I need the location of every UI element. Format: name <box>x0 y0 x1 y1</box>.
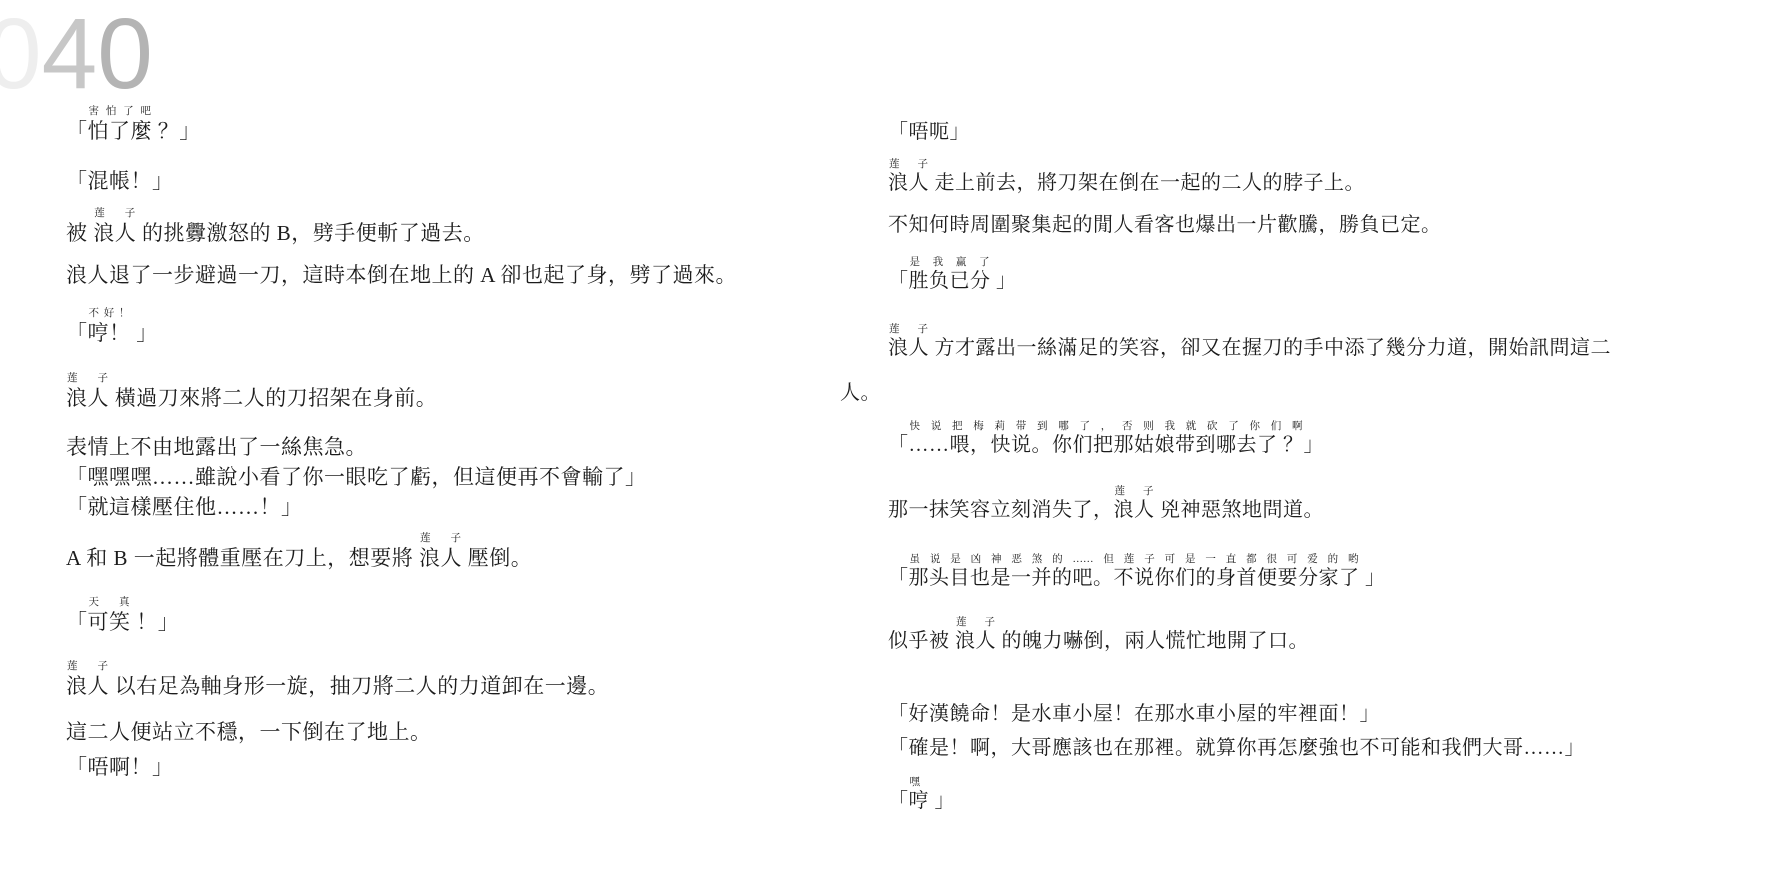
text-line: 「哼嘿 」 <box>888 789 955 814</box>
text-segment: 兇神惡煞地問道。 <box>1155 499 1325 521</box>
ruby-annotation: 嘿 <box>910 778 929 789</box>
text-segment: 「 <box>888 434 909 456</box>
right-page-text-column: 「唔呃」浪人莲子 走上前去，將刀架在倒在一起的二人的脖子上。不知何時周圍聚集起的… <box>0 0 1772 886</box>
text-line: 「……喂，快说。你们把那姑娘带到哪去了 ？快说把梅莉带到哪了，否则我就砍了你们啊… <box>888 433 1324 458</box>
text-line: 人。 <box>840 381 881 406</box>
ruby-annotated-text: 浪人莲子 <box>888 171 929 196</box>
text-segment: 「好漢饒命！是水車小屋！在那水車小屋的牢裡面！」 <box>888 703 1380 725</box>
ruby-annotation: 莲子 <box>1115 487 1154 498</box>
text-segment: 「 <box>888 567 909 589</box>
text-line: 「那头目也是一并的吧。不说你们的身首便要分家了虽说是凶神恶煞的……但莲子可是一直… <box>888 566 1386 591</box>
text-line: 那一抹笑容立刻消失了，浪人莲子 兇神惡煞地問道。 <box>888 498 1324 523</box>
text-segment: 的魄力嚇倒，兩人慌忙地開了口。 <box>996 630 1309 652</box>
ruby-annotated-text: 浪人莲子 <box>1114 498 1155 523</box>
ruby-annotated-text: 浪人莲子 <box>888 336 929 361</box>
text-line: 「好漢饒命！是水車小屋！在那水車小屋的牢裡面！」 <box>888 702 1380 727</box>
text-line: 浪人莲子 方才露出一絲滿足的笑容，卻又在握刀的手中添了幾分力道，開始訊問這二 <box>888 336 1611 361</box>
text-segment: 不知何時周圍聚集起的閒人看客也爆出一片歡騰，勝負已定。 <box>888 214 1442 236</box>
ruby-annotated-text: 哼嘿 <box>909 789 930 814</box>
ruby-annotation: 莲子 <box>956 618 995 629</box>
ruby-annotated-text: 浪人莲子 <box>955 629 996 654</box>
text-segment: 似乎被 <box>888 630 955 652</box>
ruby-annotation: 快说把梅莉带到哪了，否则我就砍了你们啊 <box>910 422 1303 433</box>
text-segment: 」 <box>1360 567 1386 589</box>
text-line: 不知何時周圍聚集起的閒人看客也爆出一片歡騰，勝負已定。 <box>888 213 1442 238</box>
text-line: 似乎被 浪人莲子 的魄力嚇倒，兩人慌忙地開了口。 <box>888 629 1309 654</box>
ruby-annotated-text: 胜负已分是我赢了 <box>909 269 991 294</box>
text-segment: 「 <box>888 790 909 812</box>
text-segment: 」 <box>991 270 1017 292</box>
ruby-annotated-text: ……喂，快说。你们把那姑娘带到哪去了 ？快说把梅莉带到哪了，否则我就砍了你们啊 <box>909 433 1304 458</box>
text-segment: 」 <box>1304 434 1325 456</box>
ruby-annotation: 是我赢了 <box>910 258 990 269</box>
text-segment: 「唔呃」 <box>888 121 970 143</box>
text-line: 「唔呃」 <box>888 120 970 145</box>
ruby-annotation: 虽说是凶神恶煞的……但莲子可是一直都很可爱的哟 <box>910 555 1359 566</box>
text-line: 浪人莲子 走上前去，將刀架在倒在一起的二人的脖子上。 <box>888 171 1365 196</box>
text-segment: 那一抹笑容立刻消失了， <box>888 499 1114 521</box>
ruby-annotation: 莲子 <box>889 325 928 336</box>
ruby-annotated-text: 那头目也是一并的吧。不说你们的身首便要分家了虽说是凶神恶煞的……但莲子可是一直都… <box>909 566 1360 591</box>
text-segment: 「確是！啊，大哥應該也在那裡。就算你再怎麼強也不可能和我們大哥……」 <box>888 737 1585 759</box>
text-segment: 人。 <box>840 382 881 404</box>
text-segment: 方才露出一絲滿足的笑容，卻又在握刀的手中添了幾分力道，開始訊問這二 <box>929 337 1611 359</box>
text-line: 「確是！啊，大哥應該也在那裡。就算你再怎麼強也不可能和我們大哥……」 <box>888 736 1585 761</box>
ruby-annotation: 莲子 <box>889 160 928 171</box>
text-segment: 「 <box>888 270 909 292</box>
text-line: 「胜负已分是我赢了 」 <box>888 269 1017 294</box>
text-segment: 」 <box>929 790 955 812</box>
text-segment: 走上前去，將刀架在倒在一起的二人的脖子上。 <box>929 172 1365 194</box>
